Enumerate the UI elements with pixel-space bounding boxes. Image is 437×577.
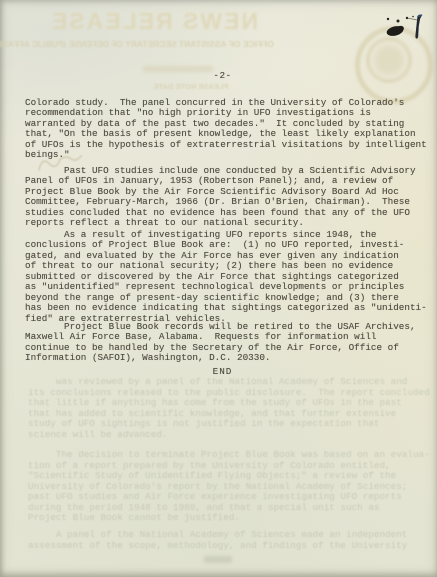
ink-smudge-mark — [380, 12, 432, 42]
text-line: A panel of the National Academy of Scien… — [28, 530, 433, 541]
text-line: beings." — [25, 150, 435, 160]
text-line: study of UFO sightings is not justified … — [28, 419, 433, 430]
scanned-press-release-page: NEWS RELEASE OFFICE OF ASSISTANT SECRETA… — [0, 0, 437, 577]
text-line: The decision to terminate Project Blue B… — [28, 450, 433, 461]
text-line: assessment of the scope, methodology, an… — [28, 541, 433, 552]
text-line: science will be advanced. — [28, 430, 433, 441]
paragraph-past-ufo-studies: Past UFO studies include one conducted b… — [25, 166, 435, 229]
ghost-office-subtitle: OFFICE OF ASSISTANT SECRETARY OF DEFENSE… — [4, 39, 274, 49]
bleed-through-text-block: was reviewed by a panel of the National … — [28, 377, 433, 440]
text-line: was reviewed by a panel of the National … — [28, 377, 433, 388]
bleed-through-text-block: A panel of the National Academy of Scien… — [28, 530, 433, 551]
paragraph-colorado-study: Colorado study. The panel concurred in t… — [25, 98, 435, 161]
text-line: that little if anything has come from th… — [28, 398, 433, 409]
paragraph-records-retired: Project Blue Book records will be retire… — [25, 322, 435, 364]
text-line: past UFO studies and Air Force experienc… — [28, 492, 433, 503]
text-line: "Scientific Study of Unidentified Flying… — [28, 471, 433, 482]
text-line: Information (SAFOI), Washington, D.C. 20… — [25, 353, 435, 363]
ghost-page-number-smudge — [204, 556, 232, 563]
ghost-news-release-title: NEWS RELEASE — [30, 8, 278, 35]
text-line: of UFOs is the hypothesis of extraterres… — [25, 140, 435, 150]
ghost-note-date-line: PLEASE NOTE DATE — [144, 82, 238, 91]
paragraph-blue-book-conclusions: As a result of investigating UFO reports… — [25, 230, 435, 324]
text-line: reports reflect a threat to our national… — [25, 218, 435, 228]
text-line: Project Blue Book cannot be justified. — [28, 513, 433, 524]
page-number: -2- — [25, 70, 420, 81]
bleed-through-text-block: The decision to terminate Project Blue B… — [28, 450, 433, 524]
